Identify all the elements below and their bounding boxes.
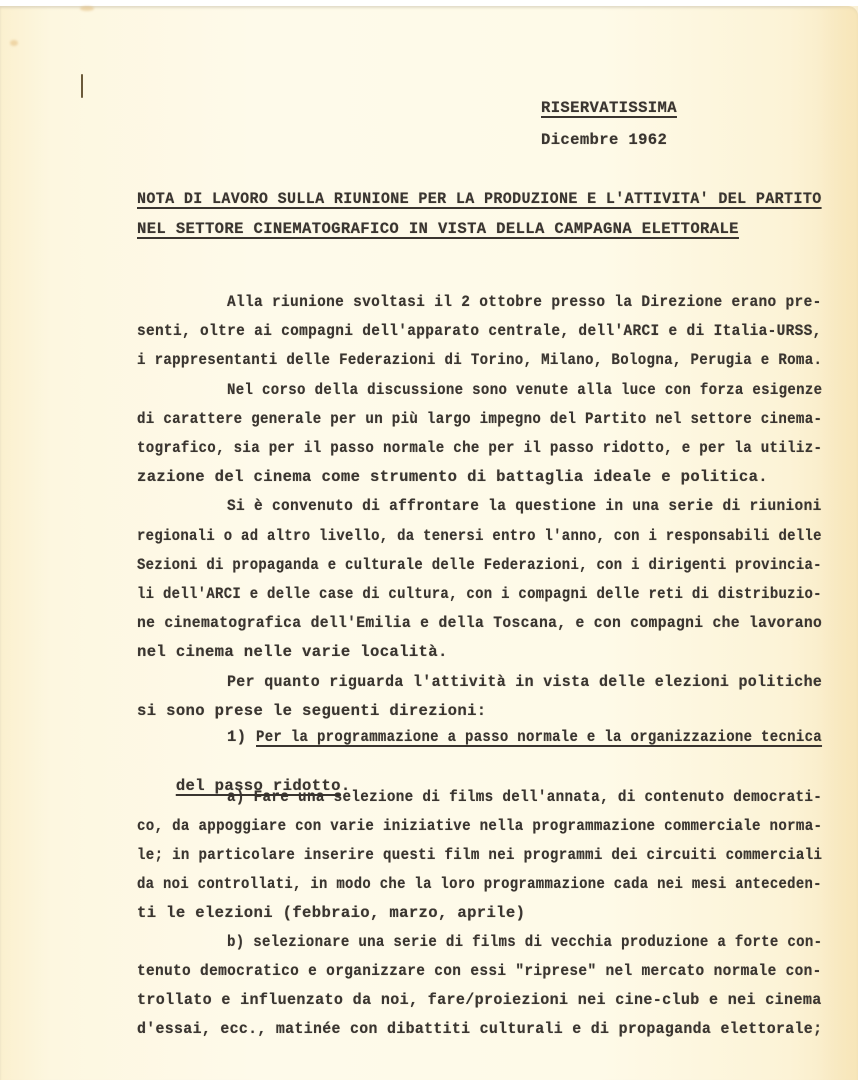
section-1-heading-line-2: del passo ridotto. [137, 756, 351, 816]
text-line: si sono prese le seguenti direzioni: [137, 701, 486, 721]
text-line: co, da appoggiare con varie iniziative n… [137, 816, 822, 836]
text-line: ne cinematografica dell'Emilia e della T… [137, 613, 822, 633]
text-line: di carattere generale per un più largo i… [137, 409, 822, 429]
text-line: Per quanto riguarda l'attività in vista … [227, 672, 822, 692]
text-line: Alla riunione svoltasi il 2 ottobre pres… [227, 292, 822, 312]
text-line: i rappresentanti delle Federazioni di To… [137, 350, 822, 370]
text-line: Sezioni di propaganda e culturale delle … [137, 555, 822, 575]
text-line: trollato e influenzato da noi, fare/proi… [137, 990, 822, 1010]
text-line: li dell'ARCI e delle case di cultura, co… [137, 584, 822, 604]
text-line: a) Fare una selezione di films dell'anna… [227, 787, 822, 807]
text-line: Si è convenuto di affrontare la question… [227, 496, 822, 516]
section-1-number: 1) [227, 727, 246, 747]
paper-stain [10, 40, 18, 46]
text-line: tografico, sia per il passo normale che … [137, 438, 822, 458]
text-line: ti le elezioni (febbraio, marzo, aprile) [137, 903, 525, 923]
text-line: nel cinema nelle varie località. [137, 642, 448, 662]
text-line: da noi controllati, in modo che la loro … [137, 874, 822, 894]
text-line: zazione del cinema come strumento di bat… [137, 467, 768, 487]
text-line: d'essai, ecc., matinée con dibattiti cul… [137, 1019, 822, 1039]
text-line: Nel corso della discussione sono venute … [227, 380, 822, 400]
text-line: senti, oltre ai compagni dell'apparato c… [137, 321, 822, 341]
section-1-heading-line-1: Per la programmazione a passo normale e … [256, 727, 822, 747]
text-line: b) selezionare una serie di films di vec… [227, 932, 822, 952]
paper-stain [80, 6, 94, 11]
document-date: Dicembre 1962 [541, 130, 667, 150]
title-line-2: NEL SETTORE CINEMATOGRAFICO IN VISTA DEL… [137, 219, 739, 239]
title-line-1: NOTA DI LAVORO SULLA RIUNIONE PER LA PRO… [137, 189, 822, 209]
document-page: RISERVATISSIMA Dicembre 1962 NOTA DI LAV… [0, 6, 858, 1080]
margin-mark [81, 74, 83, 98]
classification-label: RISERVATISSIMA [541, 98, 677, 118]
text-line: le; in particolare inserire questi film … [137, 845, 822, 865]
text-line: regionali o ad altro livello, da tenersi… [137, 526, 822, 546]
text-line: tenuto democratico e organizzare con ess… [137, 961, 822, 981]
